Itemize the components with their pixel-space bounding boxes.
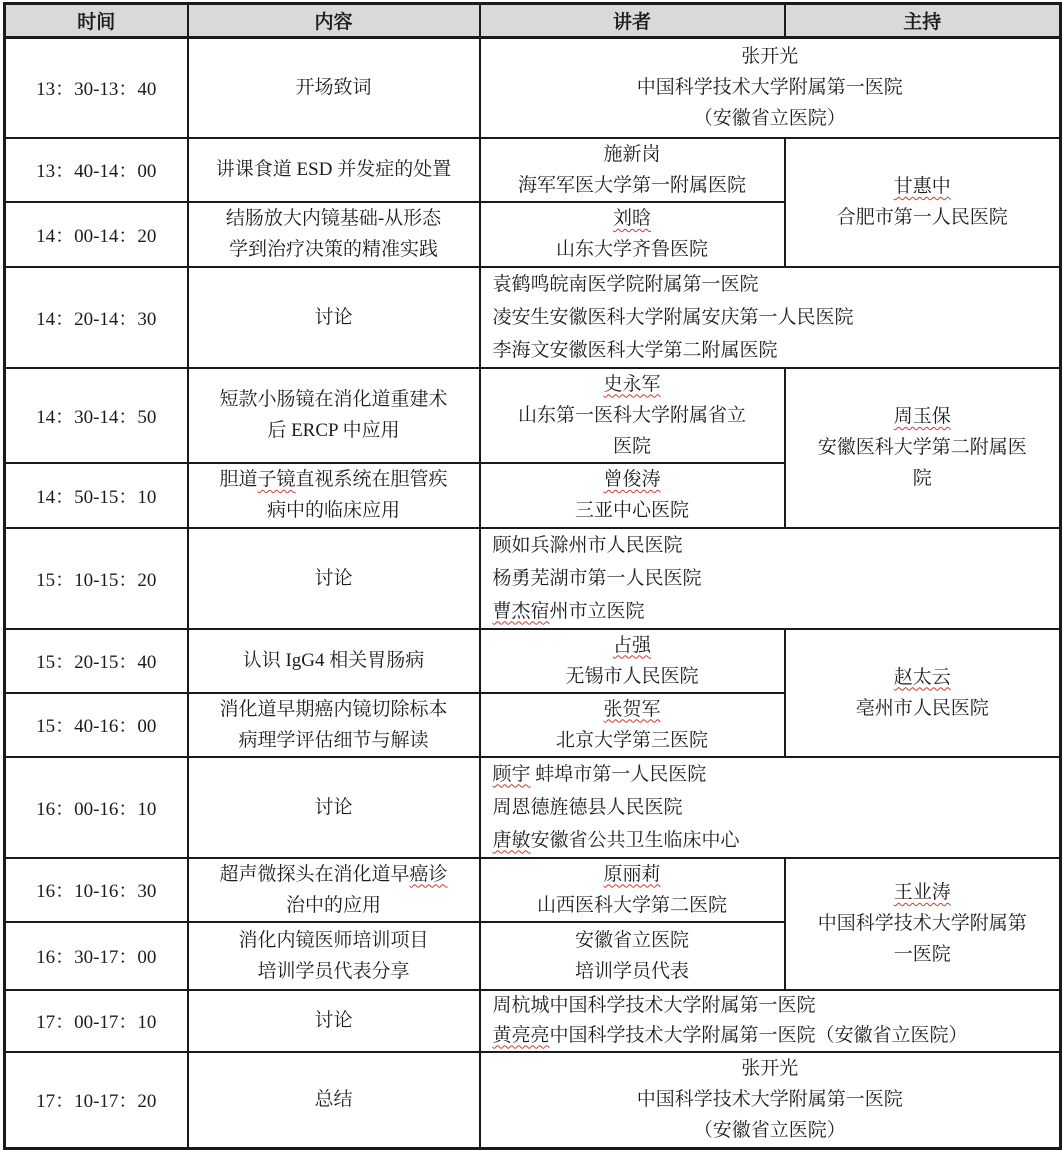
- text-line: 培训学员代表: [481, 956, 784, 987]
- text-line: 讨论: [189, 792, 479, 823]
- time-cell: 14：30-14：50: [5, 368, 188, 463]
- table-row: 17：00-17：10 讨论 周杭城中国科学技术大学附属第一医院黄亮亮中国科学技…: [5, 990, 1061, 1052]
- table-row: 13：40-14：00 讲课食道 ESD 并发症的处置 施新岗海军军医大学第一附…: [5, 138, 1061, 202]
- spellcheck-squiggle-text: 曾俊涛: [603, 469, 660, 490]
- text-segment: 合肥市第一人民医院: [837, 207, 1008, 228]
- time-cell: 15：40-16：00: [5, 693, 188, 757]
- header-row: 时间 内容 讲者 主持: [5, 4, 1061, 38]
- text-segment: 超声微探头在消化道早: [219, 864, 409, 885]
- host-cell: 赵太云亳州市人民医院: [785, 629, 1061, 757]
- table-row: 16：00-16：10 讨论 顾宇 蚌埠市第一人民医院周恩德旌德县人民医院唐敏安…: [5, 757, 1061, 858]
- merged-speaker-host-cell: 张开光中国科学技术大学附属第一医院（安徽省立医院）: [480, 38, 1061, 138]
- text-segment: 顾如兵滁州市人民医院: [493, 535, 683, 556]
- text-line: 张开光: [481, 1053, 1060, 1084]
- text-line: 赵太云: [786, 662, 1060, 693]
- text-segment: 州市立医院: [550, 601, 645, 622]
- text-segment: 学到治疗决策的精准实践: [229, 239, 438, 260]
- content-cell: 讨论: [188, 757, 480, 858]
- text-line: 周恩德旌德县人民医院: [493, 791, 1060, 824]
- text-segment: 袁鹤鸣皖南医学院附属第一医院: [493, 274, 759, 295]
- text-line: 史永军: [481, 369, 784, 400]
- text-segment: 病理学评估细节与解读: [238, 730, 428, 751]
- text-line: 胆道子镜直视系统在胆管疾: [189, 464, 479, 495]
- text-segment: 一医院: [894, 944, 951, 965]
- text-segment: 张开光: [741, 1058, 798, 1079]
- spellcheck-squiggle-text: 刘晗: [613, 208, 651, 229]
- text-line: 中国科学技术大学附属第一医院: [481, 72, 1060, 103]
- text-line: 治中的应用: [189, 890, 479, 921]
- text-line: 后 ERCP 中应用: [189, 415, 479, 446]
- text-segment: 中国科学技术大学附属第一医院: [637, 77, 903, 98]
- table-row: 17：10-17：20 总结 张开光中国科学技术大学附属第一医院（安徽省立医院）: [5, 1052, 1061, 1149]
- summary-merged-cell: 张开光中国科学技术大学附属第一医院（安徽省立医院）: [480, 1052, 1061, 1149]
- text-segment: 短款小肠镜在消化道重建术: [219, 389, 447, 410]
- text-segment: 李海文安徽医科大学第二附属医院: [493, 340, 778, 361]
- text-line: 刘晗: [481, 203, 784, 234]
- text-line: 中国科学技术大学附属第: [786, 908, 1060, 939]
- content-cell: 认识 IgG4 相关胃肠病: [188, 629, 480, 693]
- text-line: 消化内镜医师培训项目: [189, 925, 479, 956]
- content-cell: 讲课食道 ESD 并发症的处置: [188, 138, 480, 202]
- discussion-cell: 顾宇 蚌埠市第一人民医院周恩德旌德县人民医院唐敏安徽省公共卫生临床中心: [480, 757, 1061, 858]
- text-line: 合肥市第一人民医院: [786, 202, 1060, 233]
- text-segment: 无锡市人民医院: [565, 666, 698, 687]
- text-line: 北京大学第三医院: [481, 725, 784, 756]
- text-segment: 三亚中心医院: [575, 500, 689, 521]
- text-segment: 中国科学技术大学附属第: [818, 913, 1027, 934]
- content-cell: 结肠放大内镜基础-从形态学到治疗决策的精准实践: [188, 202, 480, 267]
- time-cell: 13：40-14：00: [5, 138, 188, 202]
- text-line: 病中的临床应用: [189, 495, 479, 526]
- text-segment: 中国科学技术大学附属第一医院（安徽省立医院）: [550, 1025, 968, 1046]
- content-cell: 短款小肠镜在消化道重建术后 ERCP 中应用: [188, 368, 480, 463]
- text-line: 顾宇 蚌埠市第一人民医院: [493, 758, 1060, 791]
- text-line: 安徽省立医院: [481, 925, 784, 956]
- text-segment: 病中的临床应用: [267, 500, 400, 521]
- text-line: 曾俊涛: [481, 464, 784, 495]
- content-cell: 讨论: [188, 267, 480, 368]
- text-line: 李海文安徽医科大学第二附属医院: [493, 334, 1060, 367]
- table-row: 16：10-16：30 超声微探头在消化道早癌诊治中的应用 原丽莉山西医科大学第…: [5, 858, 1061, 922]
- content-cell: 讨论: [188, 528, 480, 629]
- time-cell: 17：00-17：10: [5, 990, 188, 1052]
- discussion-cell: 袁鹤鸣皖南医学院附属第一医院凌安生安徽医科大学附属安庆第一人民医院李海文安徽医科…: [480, 267, 1061, 368]
- text-line: 张贺军: [481, 694, 784, 725]
- text-line: 山西医科大学第二医院: [481, 890, 784, 921]
- spellcheck-squiggle-text: 占强: [613, 635, 651, 656]
- text-segment: 医院: [613, 436, 651, 457]
- speaker-cell: 占强无锡市人民医院: [480, 629, 785, 693]
- text-segment: 施新岗: [603, 144, 660, 165]
- speaker-cell: 史永军山东第一医科大学附属省立医院: [480, 368, 785, 463]
- speaker-cell: 施新岗海军军医大学第一附属医院: [480, 138, 785, 202]
- schedule-table: 时间 内容 讲者 主持 13：30-13：40 开场致词 张开光中国科学技术大学…: [3, 2, 1062, 1150]
- text-line: 医院: [481, 431, 784, 462]
- time-cell: 14：00-14：20: [5, 202, 188, 267]
- content-cell: 消化内镜医师培训项目培训学员代表分享: [188, 922, 480, 990]
- text-line: 一医院: [786, 939, 1060, 970]
- text-segment: 培训学员代表分享: [257, 961, 409, 982]
- text-line: 讲课食道 ESD 并发症的处置: [189, 154, 479, 185]
- content-cell: 超声微探头在消化道早癌诊治中的应用: [188, 858, 480, 922]
- text-segment: 山东大学齐鲁医院: [556, 239, 708, 260]
- text-line: 开场致词: [189, 72, 479, 103]
- table-row: 15：20-15：40 认识 IgG4 相关胃肠病 占强无锡市人民医院 赵太云亳…: [5, 629, 1061, 693]
- text-line: 学到治疗决策的精准实践: [189, 234, 479, 265]
- text-line: 山东第一医科大学附属省立: [481, 400, 784, 431]
- content-cell: 胆道子镜直视系统在胆管疾病中的临床应用: [188, 463, 480, 528]
- text-line: 总结: [189, 1084, 479, 1115]
- text-segment: 消化内镜医师培训项目: [238, 930, 428, 951]
- text-segment: 北京大学第三医院: [556, 730, 708, 751]
- text-segment: 总结: [314, 1089, 352, 1110]
- content-cell: 消化道早期癌内镜切除标本病理学评估细节与解读: [188, 693, 480, 757]
- column-header-host: 主持: [785, 4, 1061, 38]
- text-line: 占强: [481, 630, 784, 661]
- text-line: 中国科学技术大学附属第一医院: [481, 1084, 1060, 1115]
- spellcheck-squiggle-text: 曹杰宿: [493, 601, 550, 622]
- spellcheck-squiggle-text: 张贺军: [603, 699, 660, 720]
- speaker-cell: 曾俊涛三亚中心医院: [480, 463, 785, 528]
- text-segment: 张开光: [741, 46, 798, 67]
- spellcheck-squiggle-text: 史永军: [603, 374, 660, 395]
- text-segment: 胆道: [219, 469, 257, 490]
- spellcheck-squiggle-text: 顾宇: [493, 764, 531, 785]
- text-line: 顾如兵滁州市人民医院: [493, 529, 1060, 562]
- spellcheck-squiggle-text: 周玉保: [894, 406, 951, 427]
- text-line: 认识 IgG4 相关胃肠病: [189, 645, 479, 676]
- text-line: 无锡市人民医院: [481, 661, 784, 692]
- text-segment: 讨论: [314, 1010, 352, 1031]
- text-segment: 中国科学技术大学附属第一医院: [637, 1089, 903, 1110]
- text-segment: 安徽省立医院: [575, 930, 689, 951]
- spellcheck-squiggle-text: 癌诊: [410, 864, 448, 885]
- text-line: （安徽省立医院）: [481, 1115, 1060, 1146]
- content-cell: 讨论: [188, 990, 480, 1052]
- text-segment: 开场致词: [295, 77, 371, 98]
- text-segment: 直视系统在胆管疾: [296, 469, 448, 490]
- discussion-cell: 周杭城中国科学技术大学附属第一医院黄亮亮中国科学技术大学附属第一医院（安徽省立医…: [480, 990, 1061, 1052]
- text-segment: 安徽省公共卫生临床中心: [531, 830, 740, 851]
- text-line: 病理学评估细节与解读: [189, 725, 479, 756]
- spellcheck-squiggle-text: 赵太云: [894, 667, 951, 688]
- text-line: 院: [786, 463, 1060, 494]
- text-line: 凌安生安徽医科大学附属安庆第一人民医院: [493, 301, 1060, 334]
- text-segment: 海军军医大学第一附属医院: [518, 175, 746, 196]
- text-segment: 治中的应用: [286, 895, 381, 916]
- text-line: 袁鹤鸣皖南医学院附属第一医院: [493, 268, 1060, 301]
- table-row: 13：30-13：40 开场致词 张开光中国科学技术大学附属第一医院（安徽省立医…: [5, 38, 1061, 138]
- text-line: 原丽莉: [481, 859, 784, 890]
- text-segment: 讨论: [314, 307, 352, 328]
- text-segment: 培训学员代表: [575, 961, 689, 982]
- text-segment: （安徽省立医院）: [694, 108, 846, 129]
- time-cell: 17：10-17：20: [5, 1052, 188, 1149]
- text-line: 甘惠中: [786, 171, 1060, 202]
- spellcheck-squiggle-text: 原丽莉: [603, 864, 660, 885]
- time-cell: 16：10-16：30: [5, 858, 188, 922]
- text-line: 讨论: [189, 302, 479, 333]
- schedule-table-container: 时间 内容 讲者 主持 13：30-13：40 开场致词 张开光中国科学技术大学…: [3, 2, 1062, 1150]
- discussion-cell: 顾如兵滁州市人民医院杨勇芜湖市第一人民医院曹杰宿州市立医院: [480, 528, 1061, 629]
- text-segment: 山东第一医科大学附属省立: [518, 405, 746, 426]
- host-cell: 王业涛中国科学技术大学附属第一医院: [785, 858, 1061, 990]
- text-segment: 杨勇芜湖市第一人民医院: [493, 568, 702, 589]
- spellcheck-squiggle-text: 王业涛: [894, 882, 951, 903]
- time-cell: 15：20-15：40: [5, 629, 188, 693]
- table-row: 14：20-14：30 讨论 袁鹤鸣皖南医学院附属第一医院凌安生安徽医科大学附属…: [5, 267, 1061, 368]
- text-segment: 后 ERCP 中应用: [267, 420, 399, 441]
- time-cell: 13：30-13：40: [5, 38, 188, 138]
- text-line: 海军军医大学第一附属医院: [481, 170, 784, 201]
- text-line: 结肠放大内镜基础-从形态: [189, 203, 479, 234]
- spellcheck-squiggle-text: 唐敏: [493, 830, 531, 851]
- text-line: 张开光: [481, 41, 1060, 72]
- text-segment: 周杭城中国科学技术大学附属第一医院: [493, 995, 816, 1016]
- time-cell: 15：10-15：20: [5, 528, 188, 629]
- time-cell: 14：20-14：30: [5, 267, 188, 368]
- text-line: 周杭城中国科学技术大学附属第一医院: [493, 991, 1060, 1021]
- text-line: 周玉保: [786, 401, 1060, 432]
- speaker-cell: 原丽莉山西医科大学第二医院: [480, 858, 785, 922]
- text-segment: 院: [913, 468, 932, 489]
- text-segment: 安徽医科大学第二附属医: [818, 437, 1027, 458]
- host-cell: 甘惠中合肥市第一人民医院: [785, 138, 1061, 267]
- text-segment: 山西医科大学第二医院: [537, 895, 727, 916]
- text-segment: 亳州市人民医院: [856, 698, 989, 719]
- table-row: 15：10-15：20 讨论 顾如兵滁州市人民医院杨勇芜湖市第一人民医院曹杰宿州…: [5, 528, 1061, 629]
- text-line: 讨论: [189, 563, 479, 594]
- text-segment: 周恩德旌德县人民医院: [493, 797, 683, 818]
- spellcheck-squiggle-text: 黄亮亮: [493, 1025, 550, 1046]
- text-line: 亳州市人民医院: [786, 693, 1060, 724]
- text-line: 唐敏安徽省公共卫生临床中心: [493, 824, 1060, 857]
- text-line: 超声微探头在消化道早癌诊: [189, 859, 479, 890]
- time-cell: 16：30-17：00: [5, 922, 188, 990]
- content-cell: 总结: [188, 1052, 480, 1149]
- speaker-cell: 刘晗山东大学齐鲁医院: [480, 202, 785, 267]
- text-segment: 消化道早期癌内镜切除标本: [219, 699, 447, 720]
- speaker-cell: 安徽省立医院培训学员代表: [480, 922, 785, 990]
- text-line: 王业涛: [786, 877, 1060, 908]
- time-cell: 14：50-15：10: [5, 463, 188, 528]
- spellcheck-squiggle-text: 甘惠中: [894, 176, 951, 197]
- text-segment: （安徽省立医院）: [694, 1120, 846, 1141]
- column-header-speaker: 讲者: [480, 4, 785, 38]
- content-cell: 开场致词: [188, 38, 480, 138]
- time-cell: 16：00-16：10: [5, 757, 188, 858]
- host-cell: 周玉保安徽医科大学第二附属医院: [785, 368, 1061, 528]
- column-header-time: 时间: [5, 4, 188, 38]
- text-line: 短款小肠镜在消化道重建术: [189, 384, 479, 415]
- speaker-cell: 张贺军北京大学第三医院: [480, 693, 785, 757]
- text-segment: 凌安生安徽医科大学附属安庆第一人民医院: [493, 307, 854, 328]
- text-line: 三亚中心医院: [481, 495, 784, 526]
- text-segment: 结肠放大内镜基础-从形态: [226, 208, 441, 229]
- text-segment: 讲课食道 ESD 并发症的处置: [216, 159, 451, 180]
- text-line: 培训学员代表分享: [189, 956, 479, 987]
- text-segment: 讨论: [314, 568, 352, 589]
- text-segment: 认识 IgG4 相关胃肠病: [243, 650, 425, 671]
- column-header-content: 内容: [188, 4, 480, 38]
- text-segment: 蚌埠市第一人民医院: [531, 764, 707, 785]
- text-line: 施新岗: [481, 139, 784, 170]
- text-line: 杨勇芜湖市第一人民医院: [493, 562, 1060, 595]
- text-line: （安徽省立医院）: [481, 103, 1060, 134]
- text-line: 曹杰宿州市立医院: [493, 595, 1060, 628]
- text-line: 黄亮亮中国科学技术大学附属第一医院（安徽省立医院）: [493, 1021, 1060, 1051]
- table-row: 14：30-14：50 短款小肠镜在消化道重建术后 ERCP 中应用 史永军山东…: [5, 368, 1061, 463]
- text-line: 安徽医科大学第二附属医: [786, 432, 1060, 463]
- spellcheck-squiggle-text: 子镜: [257, 469, 295, 490]
- text-line: 讨论: [189, 1005, 479, 1036]
- text-line: 山东大学齐鲁医院: [481, 234, 784, 265]
- text-segment: 讨论: [314, 797, 352, 818]
- text-line: 消化道早期癌内镜切除标本: [189, 694, 479, 725]
